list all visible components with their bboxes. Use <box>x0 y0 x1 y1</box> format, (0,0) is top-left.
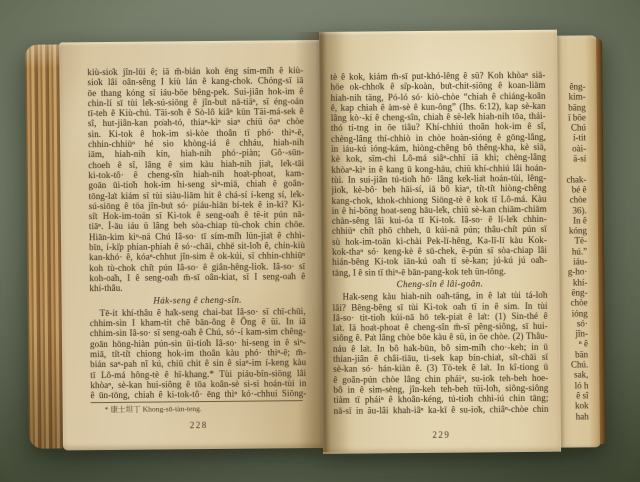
page-number-left: 228 <box>91 419 307 431</box>
text-line: ê ūn-tōng, chiah ê ki-tok-tô· ēng thìⁿ k… <box>90 388 306 400</box>
edge-text-fragment: In ê <box>559 215 587 226</box>
edge-text-fragment: bé ê <box>558 184 586 195</box>
next-page-edge: êng-kim-bāngī bōeChúí-titoài-ā-síchak-bé… <box>557 35 601 447</box>
text-line: hián-bêng Ki-tok iān-kú oa̍h tī sè-kan; … <box>332 255 547 267</box>
edge-text-fragment: khí- <box>559 277 587 288</box>
left-page-edges <box>25 44 63 448</box>
edge-text-fragment: bāng <box>558 102 586 113</box>
right-page: tè ê kok, kiám m̄-sī put-khó-lêng ê sū? … <box>319 30 561 454</box>
edge-text-fragment: Chú. <box>560 359 588 370</box>
edge-text-fragment: ê sî <box>560 390 588 401</box>
next-page-text-fragments: êng-kim-bāngī bōeChúí-titoài-ā-síchak-bé… <box>557 35 601 421</box>
text-line: tāng, I ê sin tī thiⁿ-ē bān-pang-kok teh… <box>332 265 547 277</box>
text-line: khí-thâu. <box>89 281 305 293</box>
edge-text-fragment: ī bōe <box>558 112 586 123</box>
edge-text-fragment: sak, <box>560 370 588 381</box>
edge-text-fragment: hú.” <box>559 246 587 257</box>
edge-text-fragment: ēng- <box>559 287 587 298</box>
edge-text-fragment: g-ho· <box>559 267 587 278</box>
section-heading: Ha̍k-seng ê cheng-sîn. <box>90 294 306 306</box>
edge-text-fragment: bān <box>560 349 588 360</box>
edge-text-fragment: chak- <box>558 174 586 185</box>
footnote-area: * 康士坦丁 Khong-sū-tàn-teng. <box>91 400 307 414</box>
left-page-text: kiù-sio̍k jîn-lūi ê; iā m̄-bián koh ēng … <box>87 65 306 401</box>
edge-text-fragment: ā-sí <box>558 153 586 164</box>
edge-text-fragment: kim- <box>558 92 586 103</box>
edge-text-fragment: kóng <box>559 226 587 237</box>
edge-text-fragment: jîn- <box>560 329 588 340</box>
edge-text-fragment: ióng <box>560 308 588 319</box>
edge-text-fragment: só· <box>560 318 588 329</box>
edge-text-fragment: ⁿ ê <box>560 339 588 350</box>
left-page: kiù-sio̍k jîn-lūi ê; iā m̄-bián koh ēng … <box>59 40 323 450</box>
edge-text-fragment: oài- <box>558 143 586 154</box>
photo-background: kiù-sio̍k jîn-lūi ê; iā m̄-bián koh ēng … <box>0 0 640 482</box>
footnote-text: * 康士坦丁 Khong-sū-tàn-teng. <box>91 403 307 414</box>
page-number-right: 229 <box>334 429 549 441</box>
text-line: nā-sī in āu-lâi khah-iâⁿ ka-kī ê su-io̍k… <box>334 403 549 415</box>
edge-text-fragment: hah <box>561 411 589 422</box>
edge-text-fragment: êng- <box>557 81 585 92</box>
edge-text-fragment: Tē- <box>559 236 587 247</box>
edge-text-fragment: iáu- <box>559 256 587 267</box>
edge-text-fragment: Chú <box>558 123 586 134</box>
edge-text-fragment: chòe <box>560 298 588 309</box>
edge-text-fragment: chòe <box>559 195 587 206</box>
edge-text-fragment: 36). <box>559 205 587 216</box>
open-book: kiù-sio̍k jîn-lūi ê; iā m̄-bián koh ēng … <box>25 23 606 457</box>
edge-text-fragment: í-tit <box>558 133 586 144</box>
edge-text-fragment <box>558 164 586 175</box>
right-page-text: tè ê kok, kiám m̄-sī put-khó-lêng ê sū? … <box>330 70 548 416</box>
edge-text-fragment: ló h <box>560 380 588 391</box>
edge-text-fragment: kok <box>561 401 589 412</box>
section-heading: Cheng-sîn ê lâi-goân. <box>332 278 547 290</box>
